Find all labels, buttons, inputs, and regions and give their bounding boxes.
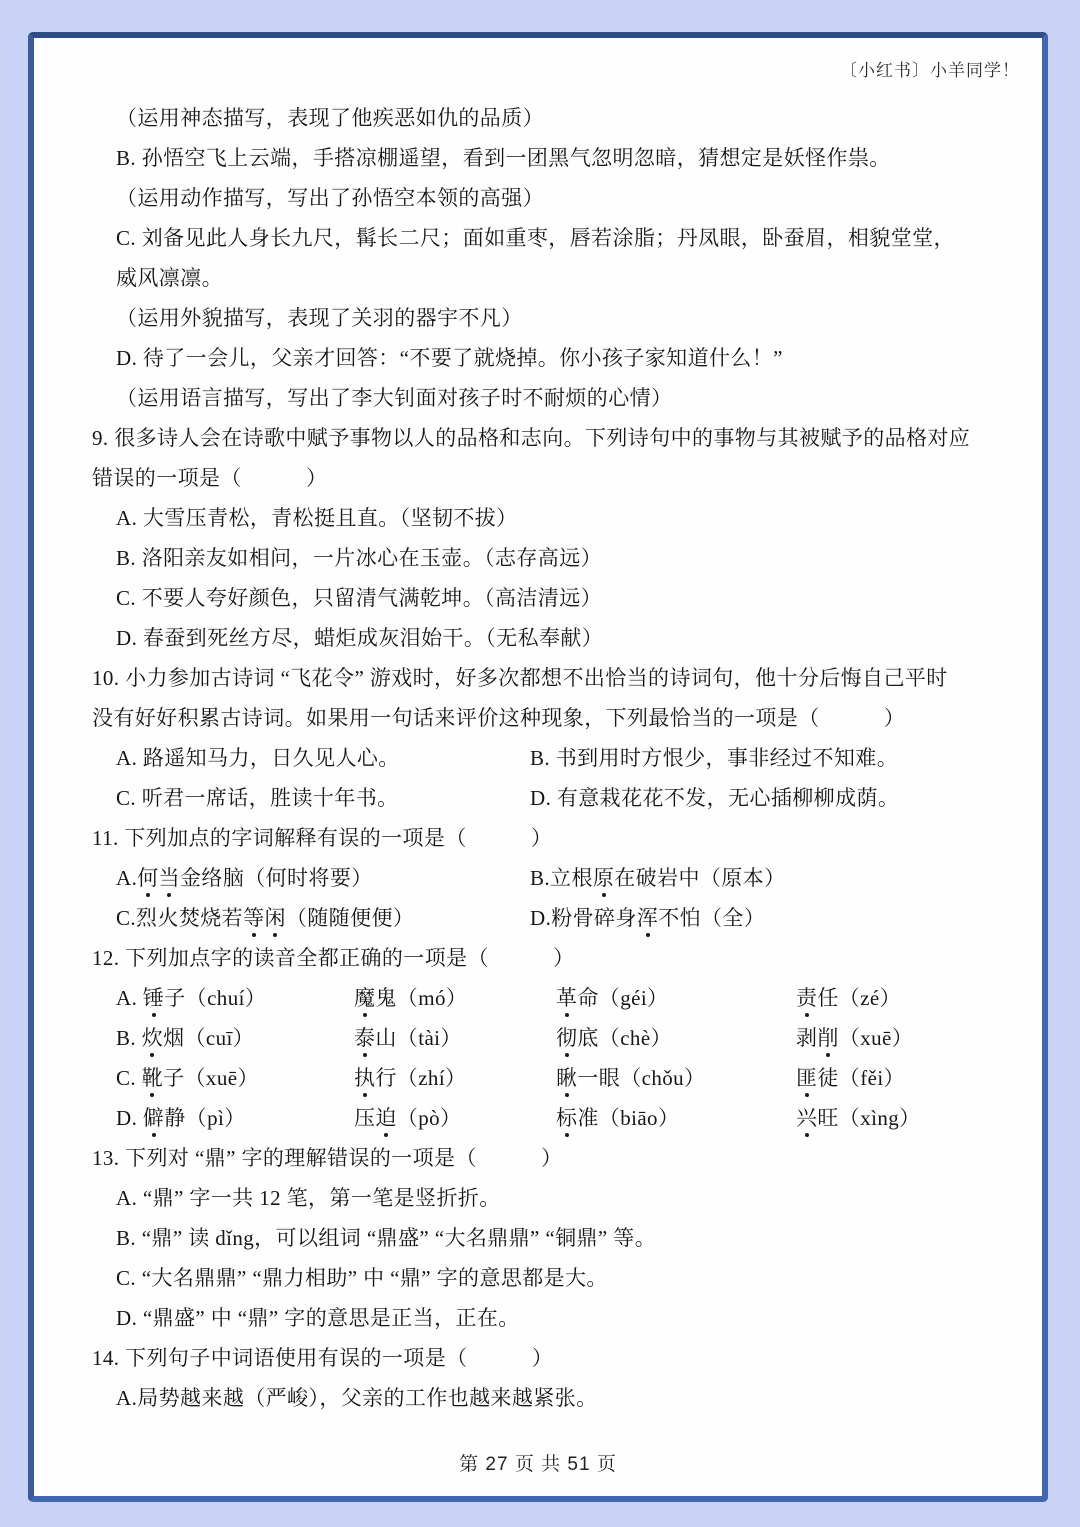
text-segment: 底（chè） bbox=[577, 1026, 672, 1050]
text-segment: C. bbox=[116, 1066, 142, 1090]
text-line: 10. 小力参加古诗词 “飞花令” 游戏时，好多次都想不出恰当的诗词句，他十分后… bbox=[92, 657, 994, 697]
text-segment: A. bbox=[116, 986, 143, 1010]
text-line: A.何当金络脑（何时将要）B.立根原在破岩中（原本） bbox=[92, 857, 994, 897]
text-segment: 山（tài） bbox=[375, 1026, 461, 1050]
line-text: （运用语言描写，写出了李大钊面对孩子时不耐烦的心情） bbox=[116, 382, 672, 412]
text-line: （运用语言描写，写出了李大钊面对孩子时不耐烦的心情） bbox=[92, 377, 994, 417]
text-segment: A. bbox=[116, 866, 137, 890]
option-column: 泰山（tài） bbox=[354, 1022, 556, 1052]
option-column: 革命（géi） bbox=[556, 982, 796, 1012]
emphasized-char: 执 bbox=[354, 1062, 375, 1092]
text-line: A. “鼎” 字一共 12 笔，第一笔是竖折折。 bbox=[92, 1177, 994, 1217]
line-text: 14. 下列句子中词语使用有误的一项是（ ） bbox=[92, 1342, 553, 1372]
text-line: D. “鼎盛” 中 “鼎” 字的意思是正当，正在。 bbox=[92, 1297, 994, 1337]
option-column: 匪徒（fěi） bbox=[796, 1062, 905, 1092]
option-column: 压迫（pò） bbox=[354, 1102, 556, 1132]
text-line: A.局势越来越（严峻），父亲的工作也越来越紧张。 bbox=[92, 1377, 994, 1417]
text-segment: 9. 很多诗人会在诗歌中赋予事物以人的品格和志向。下列诗句中的事物与其被赋予的品… bbox=[92, 426, 970, 450]
text-segment: 旺（xìng） bbox=[817, 1106, 920, 1130]
text-segment: C.烈火焚烧若 bbox=[116, 906, 243, 930]
text-segment: 12. 下列加点字的读音全都正确的一项是（ ） bbox=[92, 946, 575, 970]
text-segment: 烟（cuī） bbox=[163, 1026, 254, 1050]
text-line: C. 靴子（xuē）执行（zhí）瞅一眼（chǒu）匪徒（fěi） bbox=[92, 1057, 994, 1097]
line-text: C. “大名鼎鼎” “鼎力相助” 中 “鼎” 字的意思都是大。 bbox=[116, 1262, 608, 1292]
text-segment: B.立根 bbox=[530, 866, 593, 890]
watermark-text: 〔小红书〕小羊同学！ bbox=[840, 56, 1020, 81]
text-segment: 11. 下列加点的字词解释有误的一项是（ ） bbox=[92, 826, 552, 850]
option-column: 魔鬼（mó） bbox=[354, 982, 556, 1012]
text-segment: （运用语言描写，写出了李大钊面对孩子时不耐烦的心情） bbox=[116, 386, 672, 410]
text-segment: 静（pì） bbox=[164, 1106, 245, 1130]
emphasized-char: 魔 bbox=[354, 982, 375, 1012]
text-segment: C. “大名鼎鼎” “鼎力相助” 中 “鼎” 字的意思都是大。 bbox=[116, 1266, 608, 1290]
line-text: A. 大雪压青松，青松挺且直。（坚韧不拔） bbox=[116, 502, 518, 532]
line-text: B. 孙悟空飞上云端，手搭凉棚遥望，看到一团黑气忽明忽暗，猜想定是妖怪作祟。 bbox=[116, 142, 891, 172]
text-segment: 不怕（全） bbox=[658, 906, 765, 930]
text-line: A. 大雪压青松，青松挺且直。（坚韧不拔） bbox=[92, 497, 994, 537]
text-segment: （pò） bbox=[397, 1106, 462, 1130]
emphasized-char: 匪 bbox=[796, 1062, 817, 1092]
exam-paper-page: 〔小红书〕小羊同学！ （运用神态描写，表现了他疾恶如仇的品质）B. 孙悟空飞上云… bbox=[28, 32, 1048, 1502]
emphasized-char: 浑 bbox=[637, 902, 658, 932]
text-segment: 14. 下列句子中词语使用有误的一项是（ ） bbox=[92, 1346, 553, 1370]
line-text: 10. 小力参加古诗词 “飞花令” 游戏时，好多次都想不出恰当的诗词句，他十分后… bbox=[92, 662, 948, 692]
text-segment: 徒（fěi） bbox=[817, 1066, 905, 1090]
text-line: 错误的一项是（ ） bbox=[92, 457, 994, 497]
text-line: C. 刘备见此人身长九尺，髯长二尺；面如重枣，唇若涂脂；丹凤眼，卧蚕眉，相貌堂堂… bbox=[92, 217, 994, 257]
emphasized-char: 削 bbox=[817, 1022, 838, 1052]
line-text: A.局势越来越（严峻），父亲的工作也越来越紧张。 bbox=[116, 1382, 598, 1412]
line-text: 13. 下列对 “鼎” 字的理解错误的一项是（ ） bbox=[92, 1142, 562, 1172]
line-text: 12. 下列加点字的读音全都正确的一项是（ ） bbox=[92, 942, 575, 972]
text-segment: 10. 小力参加古诗词 “飞花令” 游戏时，好多次都想不出恰当的诗词句，他十分后… bbox=[92, 666, 948, 690]
line-text: A. “鼎” 字一共 12 笔，第一笔是竖折折。 bbox=[116, 1182, 501, 1212]
text-line: B. “鼎” 读 dǐng，可以组词 “鼎盛” “大名鼎鼎” “铜鼎” 等。 bbox=[92, 1217, 994, 1257]
option-column: D. 有意栽花花不发，无心插柳柳成荫。 bbox=[530, 782, 899, 812]
emphasized-char: 原 bbox=[593, 862, 614, 892]
text-segment: 鬼（mó） bbox=[375, 986, 467, 1010]
line-text: D. 春蚕到死丝方尽，蜡炬成灰泪始干。（无私奉献） bbox=[116, 622, 603, 652]
line-text: 错误的一项是（ ） bbox=[92, 462, 327, 492]
text-segment: A. 大雪压青松，青松挺且直。（坚韧不拔） bbox=[116, 506, 518, 530]
emphasized-char: 靴 bbox=[142, 1062, 163, 1092]
line-text: （运用外貌描写，表现了关羽的器宇不凡） bbox=[116, 302, 523, 332]
line-text: D. “鼎盛” 中 “鼎” 字的意思是正当，正在。 bbox=[116, 1302, 520, 1332]
text-segment: B. 书到用时方恨少，事非经过不知难。 bbox=[530, 746, 898, 770]
option-column: B. 书到用时方恨少，事非经过不知难。 bbox=[530, 742, 898, 772]
option-column: A.何当金络脑（何时将要） bbox=[116, 862, 530, 892]
option-column: 标准（biāo） bbox=[556, 1102, 796, 1132]
text-segment: （运用神态描写，表现了他疾恶如仇的品质） bbox=[116, 106, 544, 130]
text-line: C. 听君一席话，胜读十年书。D. 有意栽花花不发，无心插柳柳成荫。 bbox=[92, 777, 994, 817]
line-text: 没有好好积累古诗词。如果用一句话来评价这种现象，下列最恰当的一项是（ ） bbox=[92, 702, 905, 732]
text-line: （运用神态描写，表现了他疾恶如仇的品质） bbox=[92, 97, 994, 137]
emphasized-char: 兴 bbox=[796, 1102, 817, 1132]
line-text: 威风凛凛。 bbox=[116, 262, 223, 292]
line-text: D. 待了一会儿，父亲才回答：“不要了就烧掉。你小孩子家知道什么！” bbox=[116, 342, 783, 372]
emphasized-char: 责 bbox=[796, 982, 817, 1012]
text-line: B. 孙悟空飞上云端，手搭凉棚遥望，看到一团黑气忽明忽暗，猜想定是妖怪作祟。 bbox=[92, 137, 994, 177]
emphasized-char: 迫 bbox=[375, 1102, 396, 1132]
text-line: （运用外貌描写，表现了关羽的器宇不凡） bbox=[92, 297, 994, 337]
option-column: A. 路遥知马力，日久见人心。 bbox=[116, 742, 530, 772]
text-segment: 错误的一项是（ ） bbox=[92, 466, 327, 490]
exam-content: （运用神态描写，表现了他疾恶如仇的品质）B. 孙悟空飞上云端，手搭凉棚遥望，看到… bbox=[92, 97, 994, 1417]
text-segment: 行（zhí） bbox=[375, 1066, 466, 1090]
option-column: C. 听君一席话，胜读十年书。 bbox=[116, 782, 530, 812]
text-segment: C. 刘备见此人身长九尺，髯长二尺；面如重枣，唇若涂脂；丹凤眼，卧蚕眉，相貌堂堂… bbox=[116, 226, 955, 250]
text-segment: （运用动作描写，写出了孙悟空本领的高强） bbox=[116, 186, 544, 210]
emphasized-char: 等 bbox=[243, 902, 264, 932]
emphasized-char: 标 bbox=[556, 1102, 577, 1132]
text-segment: D. 有意栽花花不发，无心插柳柳成荫。 bbox=[530, 786, 899, 810]
text-line: 威风凛凛。 bbox=[92, 257, 994, 297]
text-segment: B. 洛阳亲友如相问，一片冰心在玉壶。（志存高远） bbox=[116, 546, 602, 570]
text-segment: D. “鼎盛” 中 “鼎” 字的意思是正当，正在。 bbox=[116, 1306, 520, 1330]
text-segment: A. “鼎” 字一共 12 笔，第一笔是竖折折。 bbox=[116, 1186, 501, 1210]
text-segment: 威风凛凛。 bbox=[116, 266, 223, 290]
emphasized-char: 革 bbox=[556, 982, 577, 1012]
text-segment: （xuē） bbox=[839, 1026, 913, 1050]
text-segment: D. 待了一会儿，父亲才回答：“不要了就烧掉。你小孩子家知道什么！” bbox=[116, 346, 783, 370]
option-column: 彻底（chè） bbox=[556, 1022, 796, 1052]
emphasized-char: 当 bbox=[159, 862, 180, 892]
text-line: 13. 下列对 “鼎” 字的理解错误的一项是（ ） bbox=[92, 1137, 994, 1177]
text-segment: 一眼（chǒu） bbox=[577, 1066, 705, 1090]
emphasized-char: 瞅 bbox=[556, 1062, 577, 1092]
emphasized-char: 闲 bbox=[264, 902, 285, 932]
text-segment: C. 听君一席话，胜读十年书。 bbox=[116, 786, 399, 810]
line-text: 9. 很多诗人会在诗歌中赋予事物以人的品格和志向。下列诗句中的事物与其被赋予的品… bbox=[92, 422, 970, 452]
emphasized-char: 彻 bbox=[556, 1022, 577, 1052]
emphasized-char: 何 bbox=[137, 862, 158, 892]
text-segment: B. “鼎” 读 dǐng，可以组词 “鼎盛” “大名鼎鼎” “铜鼎” 等。 bbox=[116, 1226, 656, 1250]
option-column: C.烈火焚烧若等闲（随随便便） bbox=[116, 902, 530, 932]
option-column: B. 炊烟（cuī） bbox=[116, 1022, 354, 1052]
text-segment: D. 春蚕到死丝方尽，蜡炬成灰泪始干。（无私奉献） bbox=[116, 626, 603, 650]
text-line: C. “大名鼎鼎” “鼎力相助” 中 “鼎” 字的意思都是大。 bbox=[92, 1257, 994, 1297]
page-number-footer: 第 27 页 共 51 页 bbox=[34, 1449, 1042, 1476]
text-line: A. 路遥知马力，日久见人心。B. 书到用时方恨少，事非经过不知难。 bbox=[92, 737, 994, 777]
text-segment: C. 不要人夸好颜色，只留清气满乾坤。（高洁清远） bbox=[116, 586, 602, 610]
text-segment: 准（biāo） bbox=[577, 1106, 679, 1130]
option-column: D. 僻静（pì） bbox=[116, 1102, 354, 1132]
text-segment: B. bbox=[116, 1026, 142, 1050]
text-segment: 子（chuí） bbox=[164, 986, 266, 1010]
text-line: D. 待了一会儿，父亲才回答：“不要了就烧掉。你小孩子家知道什么！” bbox=[92, 337, 994, 377]
emphasized-char: 泰 bbox=[354, 1022, 375, 1052]
text-line: 没有好好积累古诗词。如果用一句话来评价这种现象，下列最恰当的一项是（ ） bbox=[92, 697, 994, 737]
line-text: 11. 下列加点的字词解释有误的一项是（ ） bbox=[92, 822, 552, 852]
text-segment: A.局势越来越（严峻），父亲的工作也越来越紧张。 bbox=[116, 1386, 598, 1410]
emphasized-char: 炊 bbox=[142, 1022, 163, 1052]
option-column: B.立根原在破岩中（原本） bbox=[530, 862, 785, 892]
line-text: （运用动作描写，写出了孙悟空本领的高强） bbox=[116, 182, 544, 212]
option-column: 兴旺（xìng） bbox=[796, 1102, 921, 1132]
line-text: C. 不要人夸好颜色，只留清气满乾坤。（高洁清远） bbox=[116, 582, 602, 612]
text-segment: （随随便便） bbox=[286, 906, 414, 930]
text-segment: （运用外貌描写，表现了关羽的器宇不凡） bbox=[116, 306, 523, 330]
text-line: （运用动作描写，写出了孙悟空本领的高强） bbox=[92, 177, 994, 217]
line-text: B. 洛阳亲友如相问，一片冰心在玉壶。（志存高远） bbox=[116, 542, 602, 572]
option-column: C. 靴子（xuē） bbox=[116, 1062, 354, 1092]
text-line: C. 不要人夸好颜色，只留清气满乾坤。（高洁清远） bbox=[92, 577, 994, 617]
text-segment: 子（xuē） bbox=[163, 1066, 259, 1090]
text-segment: 剥 bbox=[796, 1026, 817, 1050]
emphasized-char: 锤 bbox=[143, 982, 164, 1012]
option-column: D.粉骨碎身浑不怕（全） bbox=[530, 902, 765, 932]
text-segment: D. bbox=[116, 1106, 143, 1130]
text-line: B. 炊烟（cuī）泰山（tài）彻底（chè）剥削（xuē） bbox=[92, 1017, 994, 1057]
option-column: 责任（zé） bbox=[796, 982, 901, 1012]
option-column: 剥削（xuē） bbox=[796, 1022, 913, 1052]
text-line: 14. 下列句子中词语使用有误的一项是（ ） bbox=[92, 1337, 994, 1377]
option-column: 执行（zhí） bbox=[354, 1062, 556, 1092]
text-segment: B. 孙悟空飞上云端，手搭凉棚遥望，看到一团黑气忽明忽暗，猜想定是妖怪作祟。 bbox=[116, 146, 891, 170]
line-text: B. “鼎” 读 dǐng，可以组词 “鼎盛” “大名鼎鼎” “铜鼎” 等。 bbox=[116, 1222, 656, 1252]
text-segment: 命（géi） bbox=[577, 986, 668, 1010]
text-segment: 在破岩中（原本） bbox=[614, 866, 785, 890]
text-segment: 金络脑（何时将要） bbox=[180, 866, 373, 890]
text-segment: D.粉骨碎身 bbox=[530, 906, 637, 930]
text-line: D. 春蚕到死丝方尽，蜡炬成灰泪始干。（无私奉献） bbox=[92, 617, 994, 657]
text-line: 11. 下列加点的字词解释有误的一项是（ ） bbox=[92, 817, 994, 857]
text-segment: 13. 下列对 “鼎” 字的理解错误的一项是（ ） bbox=[92, 1146, 562, 1170]
text-segment: A. 路遥知马力，日久见人心。 bbox=[116, 746, 400, 770]
emphasized-char: 僻 bbox=[143, 1102, 164, 1132]
text-segment: 压 bbox=[354, 1106, 375, 1130]
option-column: 瞅一眼（chǒu） bbox=[556, 1062, 796, 1092]
line-text: （运用神态描写，表现了他疾恶如仇的品质） bbox=[116, 102, 544, 132]
text-line: C.烈火焚烧若等闲（随随便便）D.粉骨碎身浑不怕（全） bbox=[92, 897, 994, 937]
text-line: B. 洛阳亲友如相问，一片冰心在玉壶。（志存高远） bbox=[92, 537, 994, 577]
text-line: 12. 下列加点字的读音全都正确的一项是（ ） bbox=[92, 937, 994, 977]
text-line: D. 僻静（pì）压迫（pò）标准（biāo）兴旺（xìng） bbox=[92, 1097, 994, 1137]
line-text: C. 刘备见此人身长九尺，髯长二尺；面如重枣，唇若涂脂；丹凤眼，卧蚕眉，相貌堂堂… bbox=[116, 222, 955, 252]
option-column: A. 锤子（chuí） bbox=[116, 982, 354, 1012]
text-segment: 没有好好积累古诗词。如果用一句话来评价这种现象，下列最恰当的一项是（ ） bbox=[92, 706, 905, 730]
text-line: 9. 很多诗人会在诗歌中赋予事物以人的品格和志向。下列诗句中的事物与其被赋予的品… bbox=[92, 417, 994, 457]
text-line: A. 锤子（chuí）魔鬼（mó）革命（géi）责任（zé） bbox=[92, 977, 994, 1017]
text-segment: 任（zé） bbox=[817, 986, 901, 1010]
